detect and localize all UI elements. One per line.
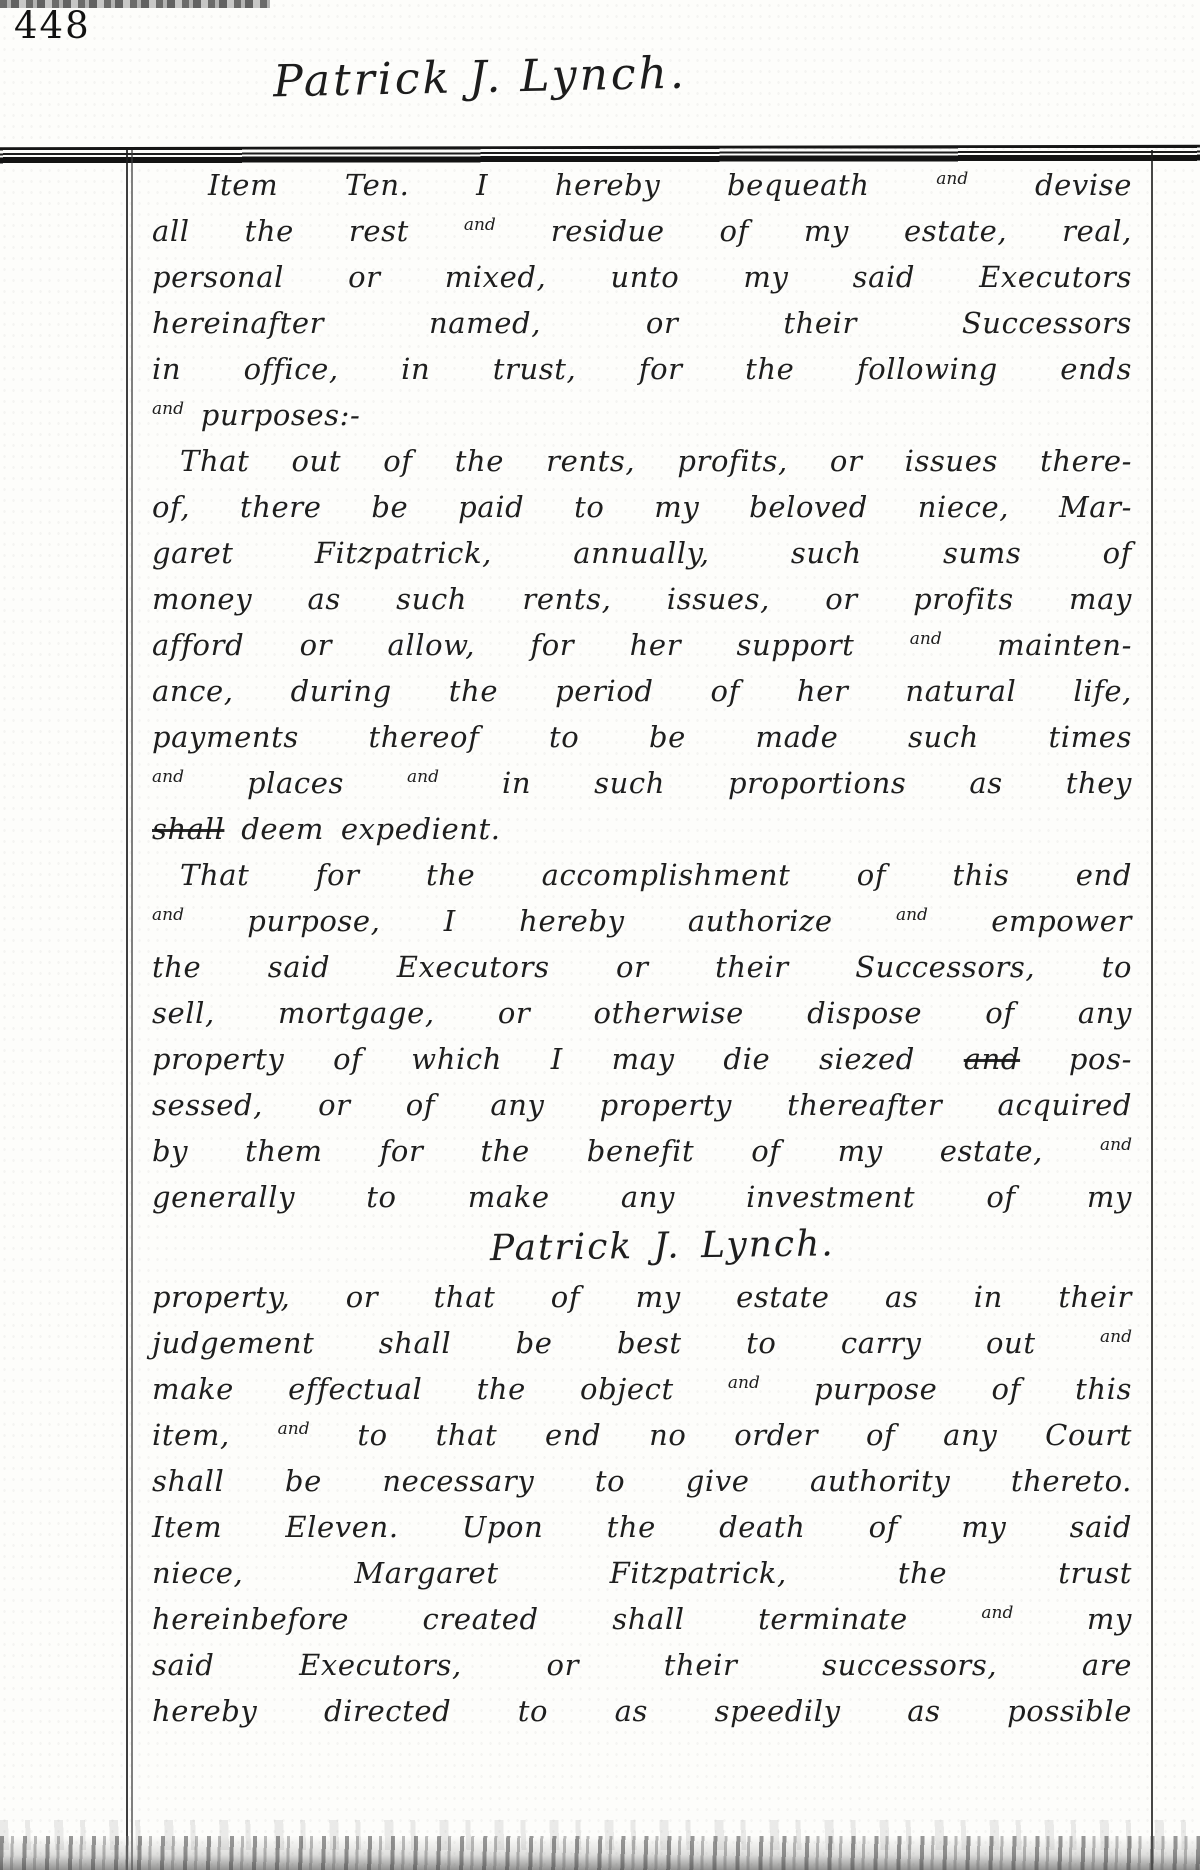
mid-page-signature: Patrick J. Lynch.: [152, 1219, 1133, 1287]
superscript-and: and: [936, 169, 968, 189]
handwritten-text: sessed, or of any property thereafter ac…: [152, 1088, 1132, 1122]
handwritten-text: hereby directed to as speedily as possib…: [152, 1694, 1132, 1728]
handwritten-text: residue of my estate, real,: [496, 214, 1132, 248]
manuscript-line: and purposes:-: [152, 398, 1132, 444]
handwritten-text: item,: [152, 1418, 278, 1452]
manuscript-line: and purpose, I hereby authorize and empo…: [152, 904, 1132, 950]
handwritten-text: purpose, I hereby authorize: [184, 904, 896, 938]
double-horizontal-rule: [0, 145, 1200, 165]
handwritten-text: to that end no order of any Court: [310, 1418, 1132, 1452]
handwritten-text: Item Eleven. Upon the death of my said: [152, 1510, 1132, 1544]
manuscript-line: all the rest and residue of my estate, r…: [152, 214, 1132, 260]
manuscript-line: Item Ten. I hereby bequeath and devise: [152, 168, 1132, 214]
manuscript-line: niece, Margaret Fitzpatrick, the trust: [152, 1556, 1132, 1602]
superscript-and: and: [981, 1603, 1013, 1623]
manuscript-line: shall be necessary to give authority the…: [152, 1464, 1132, 1510]
handwritten-text: generally to make any investment of my: [152, 1180, 1132, 1214]
scanned-will-page: 448 Patrick J. Lynch. Item Ten. I hereby…: [0, 0, 1200, 1870]
superscript-and: and: [152, 905, 184, 925]
handwritten-text: That out of the rents, profits, or issue…: [180, 444, 1132, 478]
page-title-handwritten: Patrick J. Lynch.: [230, 47, 731, 108]
handwritten-text: devise: [968, 168, 1132, 202]
manuscript-line: judgement shall be best to carry out and: [152, 1326, 1132, 1372]
manuscript-line: sessed, or of any property thereafter ac…: [152, 1088, 1132, 1134]
page-number: 448: [14, 4, 91, 47]
manuscript-line: property of which I may die siezed and p…: [152, 1042, 1132, 1088]
manuscript-line: by them for the benefit of my estate, an…: [152, 1134, 1132, 1180]
handwritten-text: hereinbefore created shall terminate: [152, 1602, 981, 1636]
manuscript-line: said Executors, or their successors, are: [152, 1648, 1132, 1694]
handwritten-text: my: [1013, 1602, 1132, 1636]
struck-out-word: and: [964, 1042, 1020, 1076]
handwritten-text: purposes:-: [184, 398, 360, 432]
superscript-and: and: [464, 215, 496, 235]
manuscript-line: That for the accomplishment of this end: [152, 858, 1132, 904]
handwritten-text: pos-: [1020, 1042, 1132, 1076]
right-margin-rule: [1151, 150, 1154, 1870]
handwritten-text: empower: [928, 904, 1132, 938]
manuscript-line: and places and in such proportions as th…: [152, 766, 1132, 812]
manuscript-line: ance, during the period of her natural l…: [152, 674, 1132, 720]
handwritten-text: in office, in trust, for the following e…: [152, 352, 1132, 386]
handwritten-text: payments thereof to be made such times: [152, 720, 1132, 754]
manuscript-line: afford or allow, for her support and mai…: [152, 628, 1132, 674]
manuscript-line: sell, mortgage, or otherwise dispose of …: [152, 996, 1132, 1042]
handwritten-text: purpose of this: [760, 1372, 1132, 1406]
manuscript-line: hereinbefore created shall terminate and…: [152, 1602, 1132, 1648]
handwritten-text: garet Fitzpatrick, annually, such sums o…: [152, 536, 1132, 570]
handwritten-text: in such proportions as they: [439, 766, 1132, 800]
superscript-and: and: [407, 767, 439, 787]
manuscript-line: payments thereof to be made such times: [152, 720, 1132, 766]
handwritten-text: mainten-: [942, 628, 1132, 662]
manuscript-line: garet Fitzpatrick, annually, such sums o…: [152, 536, 1132, 582]
handwritten-text: judgement shall be best to carry out: [152, 1326, 1100, 1360]
handwritten-text: deem expedient.: [224, 812, 500, 846]
manuscript-line: Item Eleven. Upon the death of my said: [152, 1510, 1132, 1556]
superscript-and: and: [910, 629, 942, 649]
manuscript-line: hereinafter named, or their Successors: [152, 306, 1132, 352]
handwritten-text: property, or that of my estate as in the…: [152, 1280, 1132, 1314]
superscript-and: and: [152, 399, 184, 419]
manuscript-line: of, there be paid to my beloved niece, M…: [152, 490, 1132, 536]
handwritten-text: ance, during the period of her natural l…: [152, 674, 1132, 708]
handwritten-text: places: [184, 766, 407, 800]
handwritten-text: sell, mortgage, or otherwise dispose of …: [152, 996, 1132, 1030]
handwritten-text: That for the accomplishment of this end: [180, 858, 1132, 892]
left-margin-rule: [126, 150, 135, 1870]
manuscript-line: money as such rents, issues, or profits …: [152, 582, 1132, 628]
scan-edge-noise-bottom: [0, 1836, 1200, 1870]
handwritten-text: money as such rents, issues, or profits …: [152, 582, 1132, 616]
manuscript-line: the said Executors or their Successors, …: [152, 950, 1132, 996]
manuscript-line: item, and to that end no order of any Co…: [152, 1418, 1132, 1464]
handwritten-text: Item Ten. I hereby bequeath: [208, 168, 936, 202]
handwritten-text: hereinafter named, or their Successors: [152, 306, 1132, 340]
handwritten-text: personal or mixed, unto my said Executor…: [152, 260, 1132, 294]
manuscript-line: personal or mixed, unto my said Executor…: [152, 260, 1132, 306]
manuscript-line: make effectual the object and purpose of…: [152, 1372, 1132, 1418]
handwritten-text: of, there be paid to my beloved niece, M…: [152, 490, 1132, 524]
superscript-and: and: [1100, 1135, 1132, 1155]
struck-out-word: shall: [152, 812, 224, 846]
superscript-and: and: [1100, 1327, 1132, 1347]
superscript-and: and: [728, 1373, 760, 1393]
manuscript-line: in office, in trust, for the following e…: [152, 352, 1132, 398]
handwritten-text: make effectual the object: [152, 1372, 728, 1406]
manuscript-line: shall deem expedient.: [152, 812, 1132, 858]
handwritten-text: shall be necessary to give authority the…: [152, 1464, 1132, 1498]
superscript-and: and: [278, 1419, 310, 1439]
handwritten-text: property of which I may die siezed: [152, 1042, 964, 1076]
handwritten-text: by them for the benefit of my estate,: [152, 1134, 1100, 1168]
manuscript-text: Item Ten. I hereby bequeath and deviseal…: [152, 168, 1132, 1740]
manuscript-line: That out of the rents, profits, or issue…: [152, 444, 1132, 490]
handwritten-text: said Executors, or their successors, are: [152, 1648, 1132, 1682]
handwritten-text: the said Executors or their Successors, …: [152, 950, 1132, 984]
handwritten-text: Patrick J. Lynch.: [490, 1223, 835, 1269]
handwritten-text: all the rest: [152, 214, 464, 248]
superscript-and: and: [896, 905, 928, 925]
manuscript-line: hereby directed to as speedily as possib…: [152, 1694, 1132, 1740]
handwritten-text: afford or allow, for her support: [152, 628, 910, 662]
handwritten-text: niece, Margaret Fitzpatrick, the trust: [152, 1556, 1132, 1590]
manuscript-line: property, or that of my estate as in the…: [152, 1280, 1132, 1326]
superscript-and: and: [152, 767, 184, 787]
manuscript-line: generally to make any investment of my: [152, 1180, 1132, 1226]
